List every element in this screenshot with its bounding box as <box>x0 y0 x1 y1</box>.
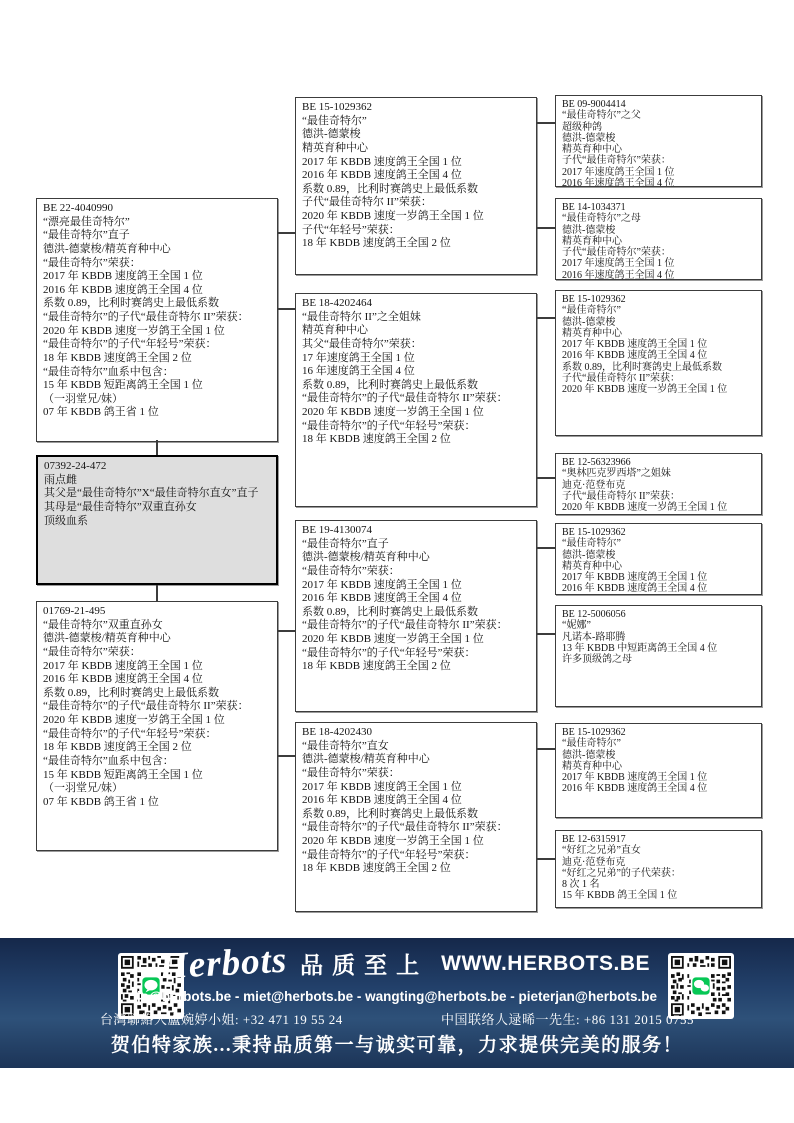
pedigree-text-line: 2020 年 KBDB 速度一岁鸽王全国 1 位 <box>562 384 756 395</box>
pedigree-text-line: 2016 年速度鸽王全国 4 位 <box>562 178 756 187</box>
pedigree-text-line: 迪克·范登布克 <box>562 857 756 868</box>
pedigree-text-line: 2020 年 KBDB 速度一岁鸽王全国 1 位 <box>562 502 756 513</box>
pedigree-text-line: 精英育种中心 <box>302 324 531 338</box>
pedigree-text-line: 雨点雌 <box>44 474 271 488</box>
pedigree-text-line: “最佳奇特尔” <box>562 538 756 549</box>
pedigree-box-r2: BE 14-1034371“最佳奇特尔”之母德洪-德蒙梭精英育种中心子代“最佳奇… <box>555 198 762 280</box>
pedigree-text-line: “最佳奇特尔”的子代“最佳奇特尔 II”荣获： <box>302 392 531 406</box>
pedigree-text-line: 18 年 KBDB 速度鸽王全国 2 位 <box>43 352 272 366</box>
pedigree-text-line: 凡诺本-路耶腾 <box>562 632 756 643</box>
pedigree-text-line: 01769-21-495 <box>43 605 272 619</box>
pedigree-text-line: 德洪-德蒙梭/精英育种中心 <box>43 632 272 646</box>
pedigree-text-line: “最佳奇特尔” <box>562 305 756 316</box>
pedigree-text-line: 精英育种中心 <box>562 761 756 772</box>
pedigree-text-line: （一羽堂兄/妹） <box>43 393 272 407</box>
pedigree-text-line: 德洪-德蒙梭/精英育种中心 <box>302 753 531 767</box>
pedigree-text-line: 许多顶级鸽之母 <box>562 654 756 665</box>
pedigree-text-line: 迪克·范登布克 <box>562 480 756 491</box>
connector-line <box>537 633 555 635</box>
pedigree-text-line: 2016 年 KBDB 速度鸽王全国 4 位 <box>43 284 272 298</box>
pedigree-text-line: 德洪-德蒙梭 <box>562 133 756 144</box>
pedigree-text-line: 18 年 KBDB 速度鸽王全国 2 位 <box>302 433 531 447</box>
pedigree-text-line: 系数 0.89，比利时赛鸽史上最低系数 <box>302 379 531 393</box>
pedigree-text-line: 2017 年 KBDB 速度鸽王全国 1 位 <box>43 660 272 674</box>
pedigree-text-line: 13 年 KBDB 中短距离鸽王全国 4 位 <box>562 643 756 654</box>
pedigree-text-line: 精英育种中心 <box>302 142 531 156</box>
pedigree-text-line: 17 年速度鸽王全国 1 位 <box>302 352 531 366</box>
herbots-logo: Herbots <box>158 939 288 989</box>
pedigree-text-line: BE 09-9004414 <box>562 99 756 110</box>
pedigree-text-line: BE 18-4202464 <box>302 297 531 311</box>
pedigree-text-line: BE 15-1029362 <box>302 101 531 115</box>
pedigree-text-line: 子代“年轻号”荣获： <box>302 224 531 238</box>
pedigree-text-line: 2020 年 KBDB 速度一岁鸽王全国 1 位 <box>43 714 272 728</box>
pedigree-text-line: 07 年 KBDB 鸽王省 1 位 <box>43 406 272 420</box>
pedigree-text-line: BE 15-1029362 <box>562 727 756 738</box>
pedigree-text-line: 8 次 1 名 <box>562 879 756 890</box>
pedigree-box-m3: BE 19-4130074“最佳奇特尔”直子德洪-德蒙梭/精英育种中心“最佳奇特… <box>295 520 537 712</box>
pedigree-text-line: 18 年 KBDB 速度鸽王全国 2 位 <box>302 660 531 674</box>
pedigree-text-line: 2016 年 KBDB 速度鸽王全国 4 位 <box>302 794 531 808</box>
connector-line <box>537 547 555 549</box>
connector-line <box>278 755 295 757</box>
pedigree-text-line: “最佳奇特尔”的子代“年轻号”荣获： <box>302 420 531 434</box>
pedigree-text-line: 2017 年 KBDB 速度鸽王全国 1 位 <box>562 572 756 583</box>
pedigree-text-line: “最佳奇特尔” <box>562 738 756 749</box>
pedigree-text-line: 德洪-德蒙梭 <box>562 317 756 328</box>
pedigree-text-line: “最佳奇特尔”的子代“年轻号”荣获： <box>302 647 531 661</box>
pedigree-box-m4: BE 18-4202430“最佳奇特尔”直女德洪-德蒙梭/精英育种中心“最佳奇特… <box>295 722 537 912</box>
pedigree-text-line: “最佳奇特尔”的子代“最佳奇特尔 II”荣获： <box>302 821 531 835</box>
pedigree-text-line: 18 年 KBDB 速度鸽王全国 2 位 <box>43 741 272 755</box>
pedigree-text-line: 2017 年速度鸽王全国 1 位 <box>562 258 756 269</box>
pedigree-text-line: 精英育种中心 <box>562 144 756 155</box>
pedigree-text-line: 子代“最佳奇特尔 II”荣获： <box>562 373 756 384</box>
pedigree-text-line: 精英育种中心 <box>562 561 756 572</box>
pedigree-box-m2: BE 18-4202464“最佳奇特尔 II”之全姐妹精英育种中心其父“最佳奇特… <box>295 293 537 507</box>
pedigree-box-sire: BE 22-4040990“漂亮最佳奇特尔”“最佳奇特尔”直子德洪-德蒙梭/精英… <box>36 198 278 442</box>
connector-line <box>537 477 555 479</box>
pedigree-text-line: BE 12-5006056 <box>562 609 756 620</box>
pedigree-text-line: 系数 0.89，比利时赛鸽史上最低系数 <box>302 183 531 197</box>
pedigree-text-line: “最佳奇特尔”之父 <box>562 110 756 121</box>
pedigree-text-line: 07392-24-472 <box>44 460 271 474</box>
pedigree-text-line: “妮娜” <box>562 620 756 631</box>
pedigree-text-line: 2017 年 KBDB 速度鸽王全国 1 位 <box>43 270 272 284</box>
pedigree-text-line: 2016 年 KBDB 速度鸽王全国 4 位 <box>562 350 756 361</box>
pedigree-text-line: BE 12-6315917 <box>562 834 756 845</box>
connector-line <box>278 232 295 234</box>
connector-line <box>278 630 295 632</box>
pedigree-text-line: 2016 年速度鸽王全国 4 位 <box>562 270 756 280</box>
pedigree-text-line: 德洪-德蒙梭 <box>562 550 756 561</box>
pedigree-box-r3: BE 15-1029362“最佳奇特尔”德洪-德蒙梭精英育种中心2017 年 K… <box>555 290 762 436</box>
pedigree-text-line: 超级种鸽 <box>562 122 756 133</box>
connector-line <box>156 585 158 601</box>
pedigree-text-line: 系数 0.89，比利时赛鸽史上最低系数 <box>302 808 531 822</box>
connector-line <box>537 748 555 750</box>
pedigree-text-line: “最佳奇特尔”的子代“最佳奇特尔 II”荣获： <box>302 619 531 633</box>
pedigree-text-line: BE 14-1034371 <box>562 202 756 213</box>
pedigree-text-line: 2017 年速度鸽王全国 1 位 <box>562 167 756 178</box>
pedigree-text-line: 系数 0.89，比利时赛鸽史上最低系数 <box>43 297 272 311</box>
pedigree-text-line: “最佳奇特尔” <box>302 115 531 129</box>
pedigree-text-line: “最佳奇特尔”直子 <box>43 229 272 243</box>
pedigree-text-line: “最佳奇特尔”荣获： <box>43 646 272 660</box>
pedigree-text-line: 2020 年 KBDB 速度一岁鸽王全国 1 位 <box>302 835 531 849</box>
pedigree-text-line: 15 年 KBDB 短距离鸽王全国 1 位 <box>43 769 272 783</box>
pedigree-text-line: 18 年 KBDB 速度鸽王全国 2 位 <box>302 237 531 251</box>
pedigree-text-line: BE 15-1029362 <box>562 527 756 538</box>
pedigree-text-line: “最佳奇特尔”荣获： <box>302 565 531 579</box>
pedigree-text-line: “最佳奇特尔”直子 <box>302 538 531 552</box>
pedigree-text-line: 2016 年 KBDB 速度鸽王全国 4 位 <box>562 783 756 794</box>
pedigree-text-line: 2017 年 KBDB 速度鸽王全国 1 位 <box>562 772 756 783</box>
pedigree-box-m1: BE 15-1029362“最佳奇特尔”德洪-德蒙梭精英育种中心2017 年 K… <box>295 97 537 275</box>
pedigree-text-line: 2017 年 KBDB 速度鸽王全国 1 位 <box>302 781 531 795</box>
pedigree-box-r1: BE 09-9004414“最佳奇特尔”之父超级种鸽德洪-德蒙梭精英育种中心子代… <box>555 95 762 187</box>
pedigree-text-line: “最佳奇特尔 II”之全姐妹 <box>302 311 531 325</box>
pedigree-box-r6: BE 12-5006056“妮娜”凡诺本-路耶腾13 年 KBDB 中短距离鸽王… <box>555 605 762 707</box>
pedigree-text-line: 德洪-德蒙梭 <box>562 225 756 236</box>
feather-swoosh-icon <box>150 955 152 973</box>
pedigree-text-line: “最佳奇特尔”的子代“年轻号”荣获： <box>43 338 272 352</box>
pedigree-text-line: 系数 0.89，比利时赛鸽史上最低系数 <box>562 362 756 373</box>
connector-line <box>537 122 555 124</box>
connector-line <box>537 858 555 860</box>
pedigree-text-line: 其母是“最佳奇特尔”双重直孙女 <box>44 501 271 515</box>
pedigree-text-line: “最佳奇特尔”直女 <box>302 740 531 754</box>
footer-slogan: 贺伯特家族...秉持品质第一与诚实可靠，力求提供完美的服务！ <box>0 1030 794 1057</box>
footer-brand-row: Herbots 品质至上 WWW.HERBOTS.BE <box>150 942 650 985</box>
pedigree-text-line: 2020 年 KBDB 速度一岁鸽王全国 1 位 <box>302 633 531 647</box>
pedigree-text-line: “最佳奇特尔”双重直孙女 <box>43 619 272 633</box>
pedigree-text-line: BE 12-56323966 <box>562 457 756 468</box>
footer-tagline: 品质至上 <box>300 947 428 980</box>
pedigree-text-line: “漂亮最佳奇特尔” <box>43 216 272 230</box>
pedigree-text-line: 2017 年 KBDB 速度鸽王全国 1 位 <box>302 156 531 170</box>
pedigree-text-line: 子代“最佳奇特尔 II”荣获： <box>302 196 531 210</box>
pedigree-text-line: 07 年 KBDB 鸽王省 1 位 <box>43 796 272 810</box>
pedigree-text-line: “最佳奇特尔”的子代“最佳奇特尔 II”荣获： <box>43 700 272 714</box>
pedigree-text-line: 德洪-德蒙梭 <box>302 128 531 142</box>
pedigree-text-line: 德洪-德蒙梭 <box>562 750 756 761</box>
pedigree-text-line: BE 19-4130074 <box>302 524 531 538</box>
pedigree-tree: BE 22-4040990“漂亮最佳奇特尔”“最佳奇特尔”直子德洪-德蒙梭/精英… <box>0 0 794 938</box>
pedigree-text-line: “最佳奇特尔”血系中包含： <box>43 755 272 769</box>
pedigree-text-line: “最佳奇特尔”的子代“年轻号”荣获： <box>302 849 531 863</box>
pedigree-box-dam: 01769-21-495“最佳奇特尔”双重直孙女德洪-德蒙梭/精英育种中心“最佳… <box>36 601 278 851</box>
footer-website: WWW.HERBOTS.BE <box>441 952 650 976</box>
pedigree-text-line: （一羽堂兄/妹） <box>43 782 272 796</box>
connector-line <box>537 227 555 229</box>
pedigree-text-line: 系数 0.89，比利时赛鸽史上最低系数 <box>43 687 272 701</box>
footer-contact-taiwan: 台灣聯絡人盧婉婷小姐: +32 471 19 55 24 <box>100 1009 343 1028</box>
pedigree-text-line: 2017 年 KBDB 速度鸽王全国 1 位 <box>562 339 756 350</box>
pedigree-text-line: 2017 年 KBDB 速度鸽王全国 1 位 <box>302 579 531 593</box>
pedigree-text-line: BE 22-4040990 <box>43 202 272 216</box>
pedigree-text-line: 德洪-德蒙梭/精英育种中心 <box>302 551 531 565</box>
pedigree-text-line: 子代“最佳奇特尔”荣获： <box>562 247 756 258</box>
pedigree-text-line: 2020 年 KBDB 速度一岁鸽王全国 1 位 <box>43 325 272 339</box>
pedigree-text-line: 子代“最佳奇特尔”荣获： <box>562 155 756 166</box>
footer-emails: jo@herbots.be - miet@herbots.be - wangti… <box>110 989 684 1004</box>
footer-contact-china: 中国联络人逯晞一先生: +86 131 2015 0755 <box>441 1009 694 1028</box>
pedigree-text-line: BE 15-1029362 <box>562 294 756 305</box>
footer-contacts: 台灣聯絡人盧婉婷小姐: +32 471 19 55 24 中国联络人逯晞一先生:… <box>100 1009 694 1028</box>
pedigree-text-line: “好红之兄弟”的子代荣获： <box>562 868 756 879</box>
pedigree-box-r5: BE 15-1029362“最佳奇特尔”德洪-德蒙梭精英育种中心2017 年 K… <box>555 523 762 595</box>
pedigree-text-line: “最佳奇特尔”荣获： <box>302 767 531 781</box>
pedigree-text-line: 系数 0.89，比利时赛鸽史上最低系数 <box>302 606 531 620</box>
pedigree-text-line: 2016 年 KBDB 速度鸽王全国 4 位 <box>562 583 756 594</box>
footer-band: Herbots 品质至上 WWW.HERBOTS.BE jo@herbots.b… <box>0 938 794 1068</box>
pedigree-text-line: 子代“最佳奇特尔 II”荣获： <box>562 491 756 502</box>
pedigree-text-line: 16 年速度鸽王全国 4 位 <box>302 365 531 379</box>
connector-line <box>278 308 295 310</box>
pedigree-text-line: 其父“最佳奇特尔”荣获： <box>302 338 531 352</box>
pedigree-text-line: 2020 年 KBDB 速度一岁鸽王全国 1 位 <box>302 406 531 420</box>
wechat-icon <box>692 977 711 996</box>
pedigree-text-line: “最佳奇特尔”的子代“最佳奇特尔 II”荣获： <box>43 311 272 325</box>
pedigree-text-line: “奥林匹克罗西塔”之姐妹 <box>562 468 756 479</box>
pedigree-text-line: 15 年 KBDB 短距离鸽王全国 1 位 <box>43 379 272 393</box>
pedigree-box-r4: BE 12-56323966“奥林匹克罗西塔”之姐妹迪克·范登布克子代“最佳奇特… <box>555 453 762 515</box>
pedigree-text-line: 德洪-德蒙梭/精英育种中心 <box>43 243 272 257</box>
pedigree-box-r8: BE 12-6315917“好红之兄弟”直女迪克·范登布克“好红之兄弟”的子代荣… <box>555 830 762 908</box>
pedigree-text-line: 顶级血系 <box>44 515 271 529</box>
pedigree-text-line: “好红之兄弟”直女 <box>562 845 756 856</box>
pedigree-text-line: 2016 年 KBDB 速度鸽王全国 4 位 <box>43 673 272 687</box>
pedigree-box-r7: BE 15-1029362“最佳奇特尔”德洪-德蒙梭精英育种中心2017 年 K… <box>555 723 762 818</box>
pedigree-text-line: “最佳奇特尔”血系中包含： <box>43 366 272 380</box>
pedigree-text-line: 2016 年 KBDB 速度鸽王全国 4 位 <box>302 592 531 606</box>
pedigree-text-line: 15 年 KBDB 鸽王全国 1 位 <box>562 890 756 901</box>
connector-line <box>537 317 555 319</box>
pedigree-text-line: 2020 年 KBDB 速度一岁鸽王全国 1 位 <box>302 210 531 224</box>
pedigree-text-line: BE 18-4202430 <box>302 726 531 740</box>
connector-line <box>156 440 158 455</box>
pedigree-box-subject: 07392-24-472雨点雌其父是“最佳奇特尔”X“最佳奇特尔直女”直子其母是… <box>36 455 278 585</box>
pedigree-text-line: 2016 年 KBDB 速度鸽王全国 4 位 <box>302 169 531 183</box>
pedigree-text-line: “最佳奇特尔”之母 <box>562 213 756 224</box>
pedigree-text-line: “最佳奇特尔”的子代“年轻号”荣获： <box>43 728 272 742</box>
pedigree-text-line: 精英育种中心 <box>562 328 756 339</box>
pedigree-text-line: 精英育种中心 <box>562 236 756 247</box>
page: { "pedigree": { "boxes": [ {"id":"sire",… <box>0 0 794 1123</box>
pedigree-text-line: 18 年 KBDB 速度鸽王全国 2 位 <box>302 862 531 876</box>
pedigree-text-line: 其父是“最佳奇特尔”X“最佳奇特尔直女”直子 <box>44 487 271 501</box>
pedigree-text-line: “最佳奇特尔”荣获： <box>43 257 272 271</box>
